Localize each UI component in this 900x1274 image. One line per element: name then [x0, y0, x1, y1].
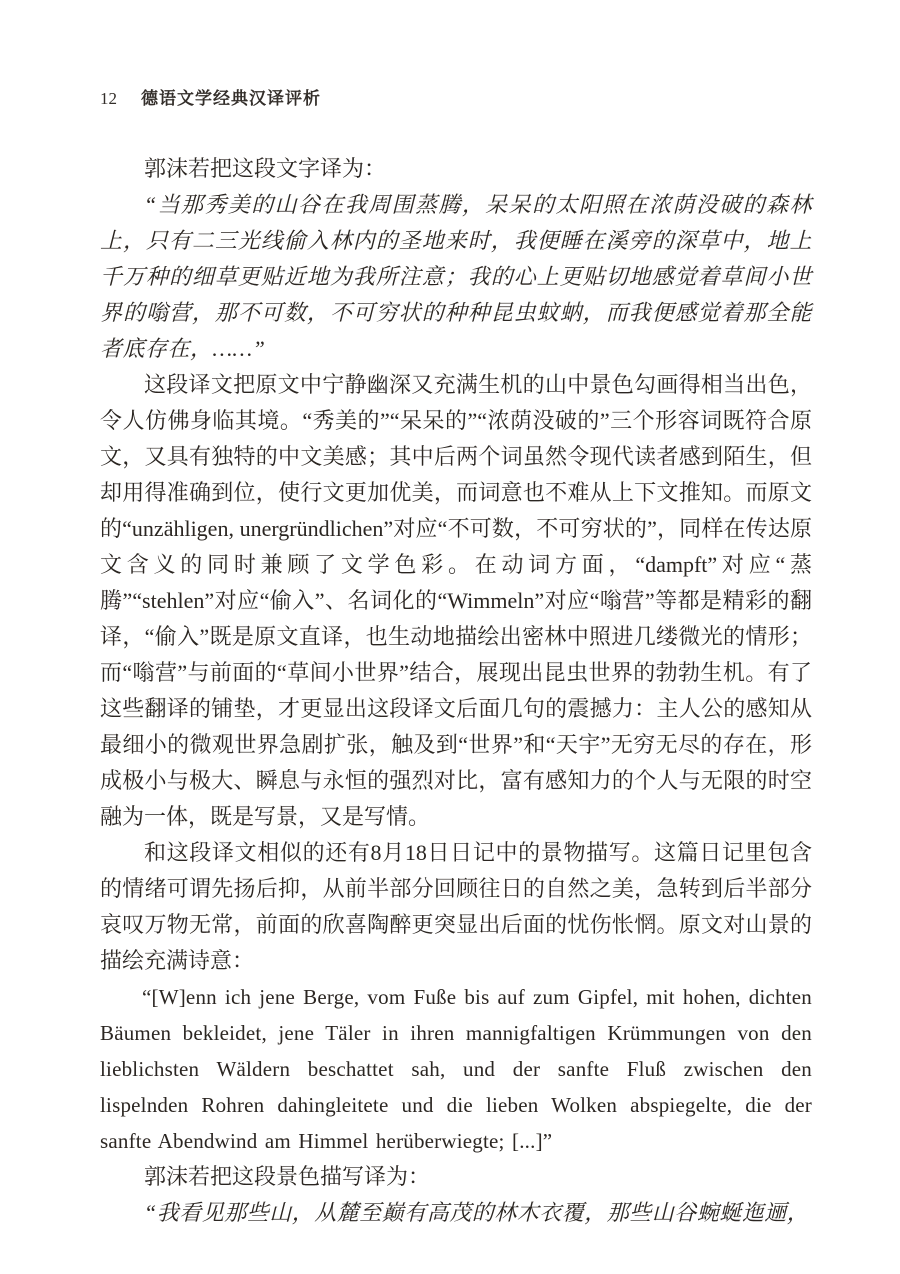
paragraph-guo-translation-intro: 郭沫若把这段文字译为：	[100, 151, 812, 187]
paragraph-guo-translation-quote: “当那秀美的山谷在我周围蒸腾，呆呆的太阳照在浓荫没破的森林上，只有二三光线偷入林…	[100, 187, 812, 367]
paragraph-german-original-quote: “[W]enn ich jene Berge, vom Fuße bis auf…	[100, 979, 812, 1159]
paragraph-translation-analysis: 这段译文把原文中宁静幽深又充满生机的山中景色勾画得相当出色，令人仿佛身临其境。“…	[100, 367, 812, 835]
paragraph-guo-scenery-quote: “我看见那些山，从麓至巅有高茂的林木衣覆，那些山谷蜿蜒迤逦，	[100, 1195, 812, 1231]
page-number: 12	[100, 89, 117, 109]
page-content: 郭沫若把这段文字译为： “当那秀美的山谷在我周围蒸腾，呆呆的太阳照在浓荫没破的森…	[100, 151, 812, 1231]
book-page: 12 德语文学经典汉译评析 郭沫若把这段文字译为： “当那秀美的山谷在我周围蒸腾…	[0, 0, 900, 1274]
running-head: 12 德语文学经典汉译评析	[100, 84, 321, 109]
paragraph-diary-description-intro: 和这段译文相似的还有8月18日日记中的景物描写。这篇日记里包含的情绪可谓先扬后抑…	[100, 835, 812, 979]
paragraph-guo-scenery-intro: 郭沫若把这段景色描写译为：	[100, 1159, 812, 1195]
running-title: 德语文学经典汉译评析	[141, 84, 321, 109]
